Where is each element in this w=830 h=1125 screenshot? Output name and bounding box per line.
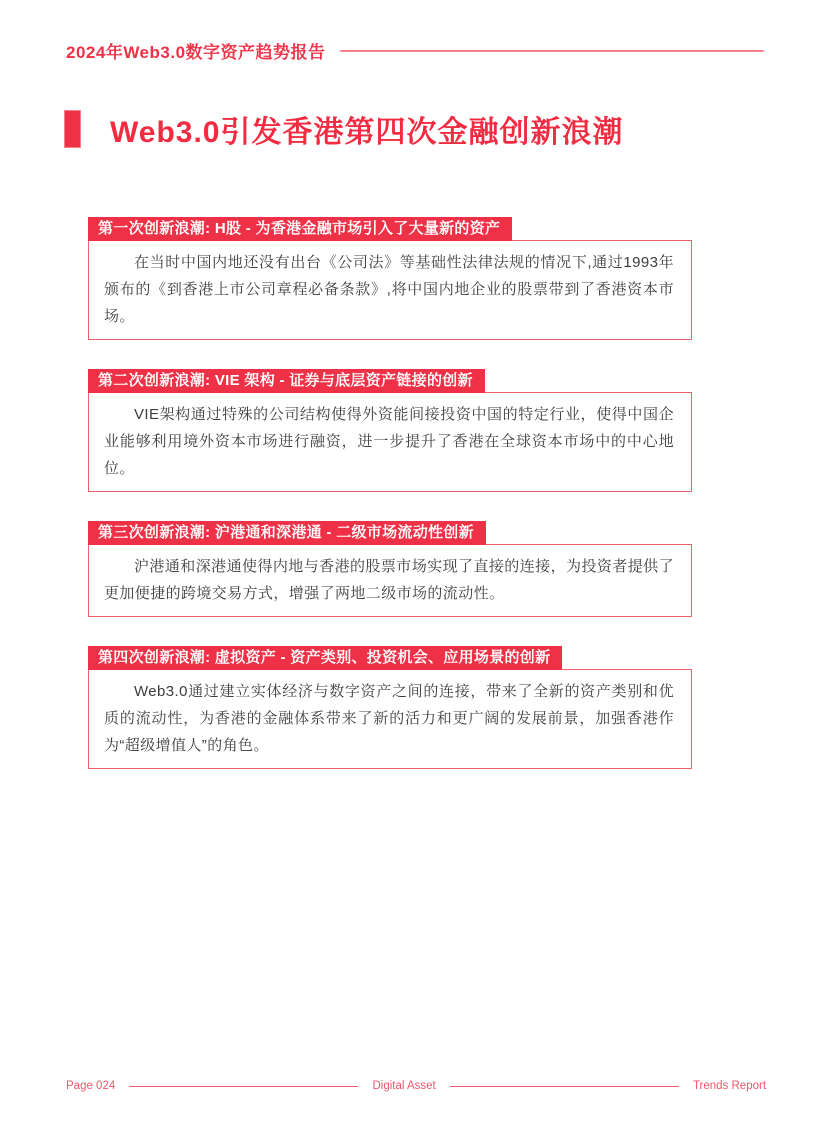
footer-page-number: Page 024 [66, 1080, 115, 1092]
wave-1-box: 在当时中国内地还没有出台《公司法》等基础性法律法规的情况下,通过1993年颁布的… [88, 240, 692, 340]
section-heading-row: Web3.0引发香港第四次金融创新浪潮 [64, 107, 764, 151]
wave-section-3: 第三次创新浪潮: 沪港通和深港通 - 二级市场流动性创新 沪港通和深港通使得内地… [88, 521, 692, 617]
wave-4-body-text: Web3.0通过建立实体经济与数字资产之间的连接，带来了全新的资产类别和优质的流… [104, 678, 674, 759]
wave-2-banner: 第二次创新浪潮: VIE 架构 - 证券与底层资产链接的创新 [88, 369, 485, 393]
wave-section-2: 第二次创新浪潮: VIE 架构 - 证券与底层资产链接的创新 VIE架构通过特殊… [88, 369, 692, 492]
wave-3-box: 沪港通和深港通使得内地与香港的股票市场实现了直接的连接，为投资者提供了更加便捷的… [88, 544, 692, 617]
title-accent-bar [64, 110, 81, 148]
wave-1-banner: 第一次创新浪潮: H股 - 为香港金融市场引入了大量新的资产 [88, 217, 512, 241]
wave-3-body-text: 沪港通和深港通使得内地与香港的股票市场实现了直接的连接，为投资者提供了更加便捷的… [104, 553, 674, 607]
wave-4-banner: 第四次创新浪潮: 虚拟资产 - 资产类别、投资机会、应用场景的创新 [88, 646, 562, 670]
footer-center-label: Digital Asset [372, 1080, 435, 1092]
wave-section-1: 第一次创新浪潮: H股 - 为香港金融市场引入了大量新的资产 在当时中国内地还没… [88, 217, 692, 340]
wave-sections: 第一次创新浪潮: H股 - 为香港金融市场引入了大量新的资产 在当时中国内地还没… [88, 217, 692, 769]
wave-3-banner: 第三次创新浪潮: 沪港通和深港通 - 二级市场流动性创新 [88, 521, 486, 545]
report-page: 2024年Web3.0数字资产趋势报告 Web3.0引发香港第四次金融创新浪潮 … [0, 0, 830, 1125]
wave-4-box: Web3.0通过建立实体经济与数字资产之间的连接，带来了全新的资产类别和优质的流… [88, 669, 692, 769]
page-footer: Page 024 Digital Asset Trends Report [66, 1080, 766, 1092]
header-divider-line [340, 50, 764, 52]
footer-divider-left [129, 1086, 358, 1087]
report-title: 2024年Web3.0数字资产趋势报告 [66, 38, 326, 63]
footer-divider-right [450, 1086, 679, 1087]
page-title: Web3.0引发香港第四次金融创新浪潮 [110, 107, 624, 151]
wave-2-body-text: VIE架构通过特殊的公司结构使得外资能间接投资中国的特定行业，使得中国企业能够利… [104, 401, 674, 482]
wave-section-4: 第四次创新浪潮: 虚拟资产 - 资产类别、投资机会、应用场景的创新 Web3.0… [88, 646, 692, 769]
page-header: 2024年Web3.0数字资产趋势报告 [66, 0, 764, 63]
wave-2-box: VIE架构通过特殊的公司结构使得外资能间接投资中国的特定行业，使得中国企业能够利… [88, 392, 692, 492]
wave-1-body-text: 在当时中国内地还没有出台《公司法》等基础性法律法规的情况下,通过1993年颁布的… [104, 249, 674, 330]
footer-right-label: Trends Report [693, 1080, 766, 1092]
